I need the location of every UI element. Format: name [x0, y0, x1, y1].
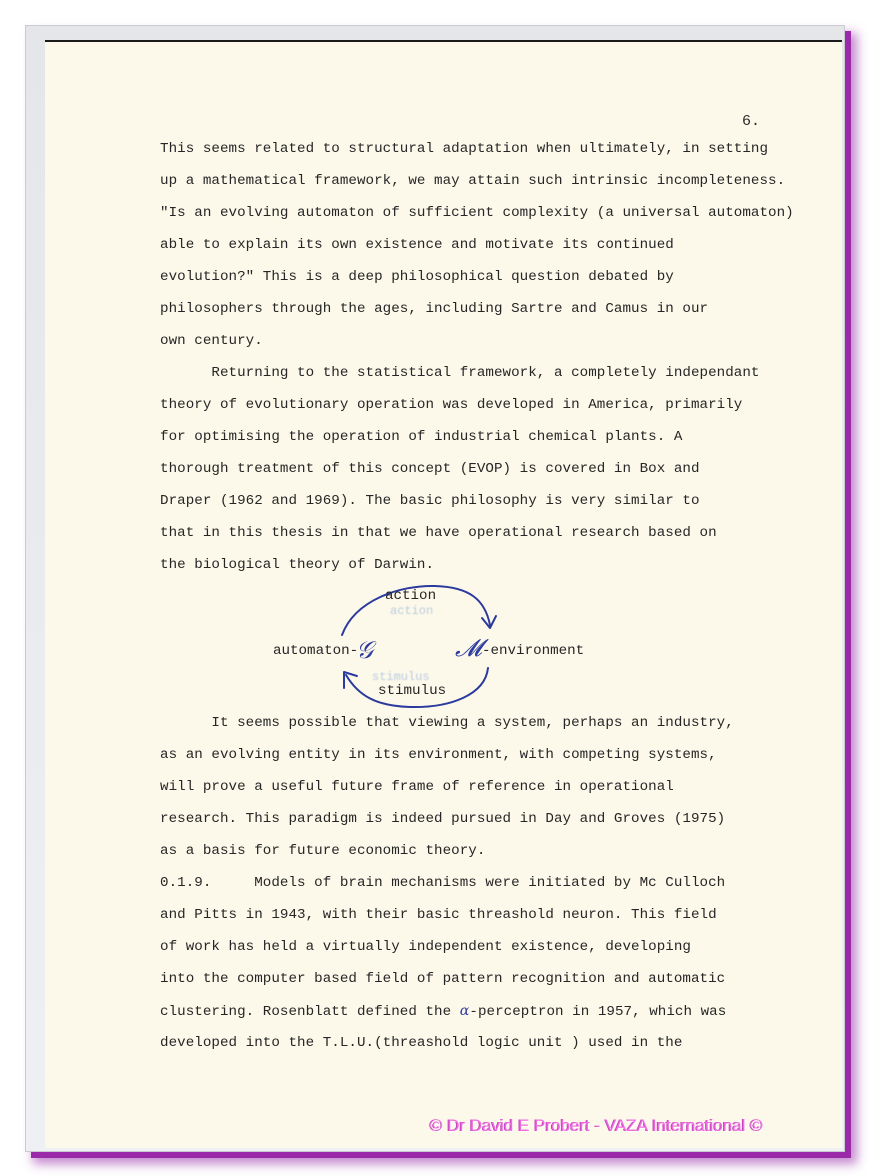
text-line: clustering. Rosenblatt defined the α-per…	[160, 1002, 726, 1021]
automaton-environment-diagram: action action automaton- 𝒢 𝓜 -environmen…	[260, 580, 600, 710]
text-line: into the computer based field of pattern…	[160, 970, 725, 988]
text-line: philosophers through the ages, including…	[160, 300, 708, 318]
diagram-label-action: action	[385, 587, 436, 605]
copyright-watermark: © Dr David E Probert - VAZA Internationa…	[430, 1116, 763, 1136]
text-line: evolution?" This is a deep philosophical…	[160, 268, 674, 286]
text-line: research. This paradigm is indeed pursue…	[160, 810, 725, 828]
text-line: 0.1.9. Models of brain mechanisms were i…	[160, 874, 725, 892]
text-line: "Is an evolving automaton of sufficient …	[160, 204, 794, 222]
text-line: able to explain its own existence and mo…	[160, 236, 674, 254]
text-line: own century.	[160, 332, 263, 350]
automaton-symbol: 𝒢	[356, 638, 373, 662]
page-number: 6.	[742, 113, 760, 130]
text-line: will prove a useful future frame of refe…	[160, 778, 674, 796]
diagram-ghost-action: action	[390, 604, 433, 618]
text-line: This seems related to structural adaptat…	[160, 140, 768, 158]
text-line: up a mathematical framework, we may atta…	[160, 172, 785, 190]
text-line: that in this thesis in that we have oper…	[160, 524, 717, 542]
text-segment: -perceptron in 1957, which was	[469, 1004, 726, 1020]
diagram-label-stimulus: stimulus	[378, 682, 446, 700]
text-line: thorough treatment of this concept (EVOP…	[160, 460, 700, 478]
text-line: Draper (1962 and 1969). The basic philos…	[160, 492, 700, 510]
alpha-symbol: α	[460, 1003, 470, 1019]
diagram-label-automaton: automaton-	[273, 642, 358, 660]
text-line: as a basis for future economic theory.	[160, 842, 485, 860]
environment-symbol: 𝓜	[455, 636, 482, 660]
text-line: Returning to the statistical framework, …	[160, 364, 759, 382]
text-line: for optimising the operation of industri…	[160, 428, 682, 446]
text-line: developed into the T.L.U.(threashold log…	[160, 1034, 682, 1052]
text-segment: clustering. Rosenblatt defined the	[160, 1004, 460, 1020]
diagram-label-environment: -environment	[482, 642, 584, 660]
text-line: as an evolving entity in its environment…	[160, 746, 717, 764]
text-line: the biological theory of Darwin.	[160, 556, 434, 574]
text-line: theory of evolutionary operation was dev…	[160, 396, 742, 414]
text-line: and Pitts in 1943, with their basic thre…	[160, 906, 717, 924]
text-line: of work has held a virtually independent…	[160, 938, 691, 956]
text-line: It seems possible that viewing a system,…	[160, 714, 734, 732]
